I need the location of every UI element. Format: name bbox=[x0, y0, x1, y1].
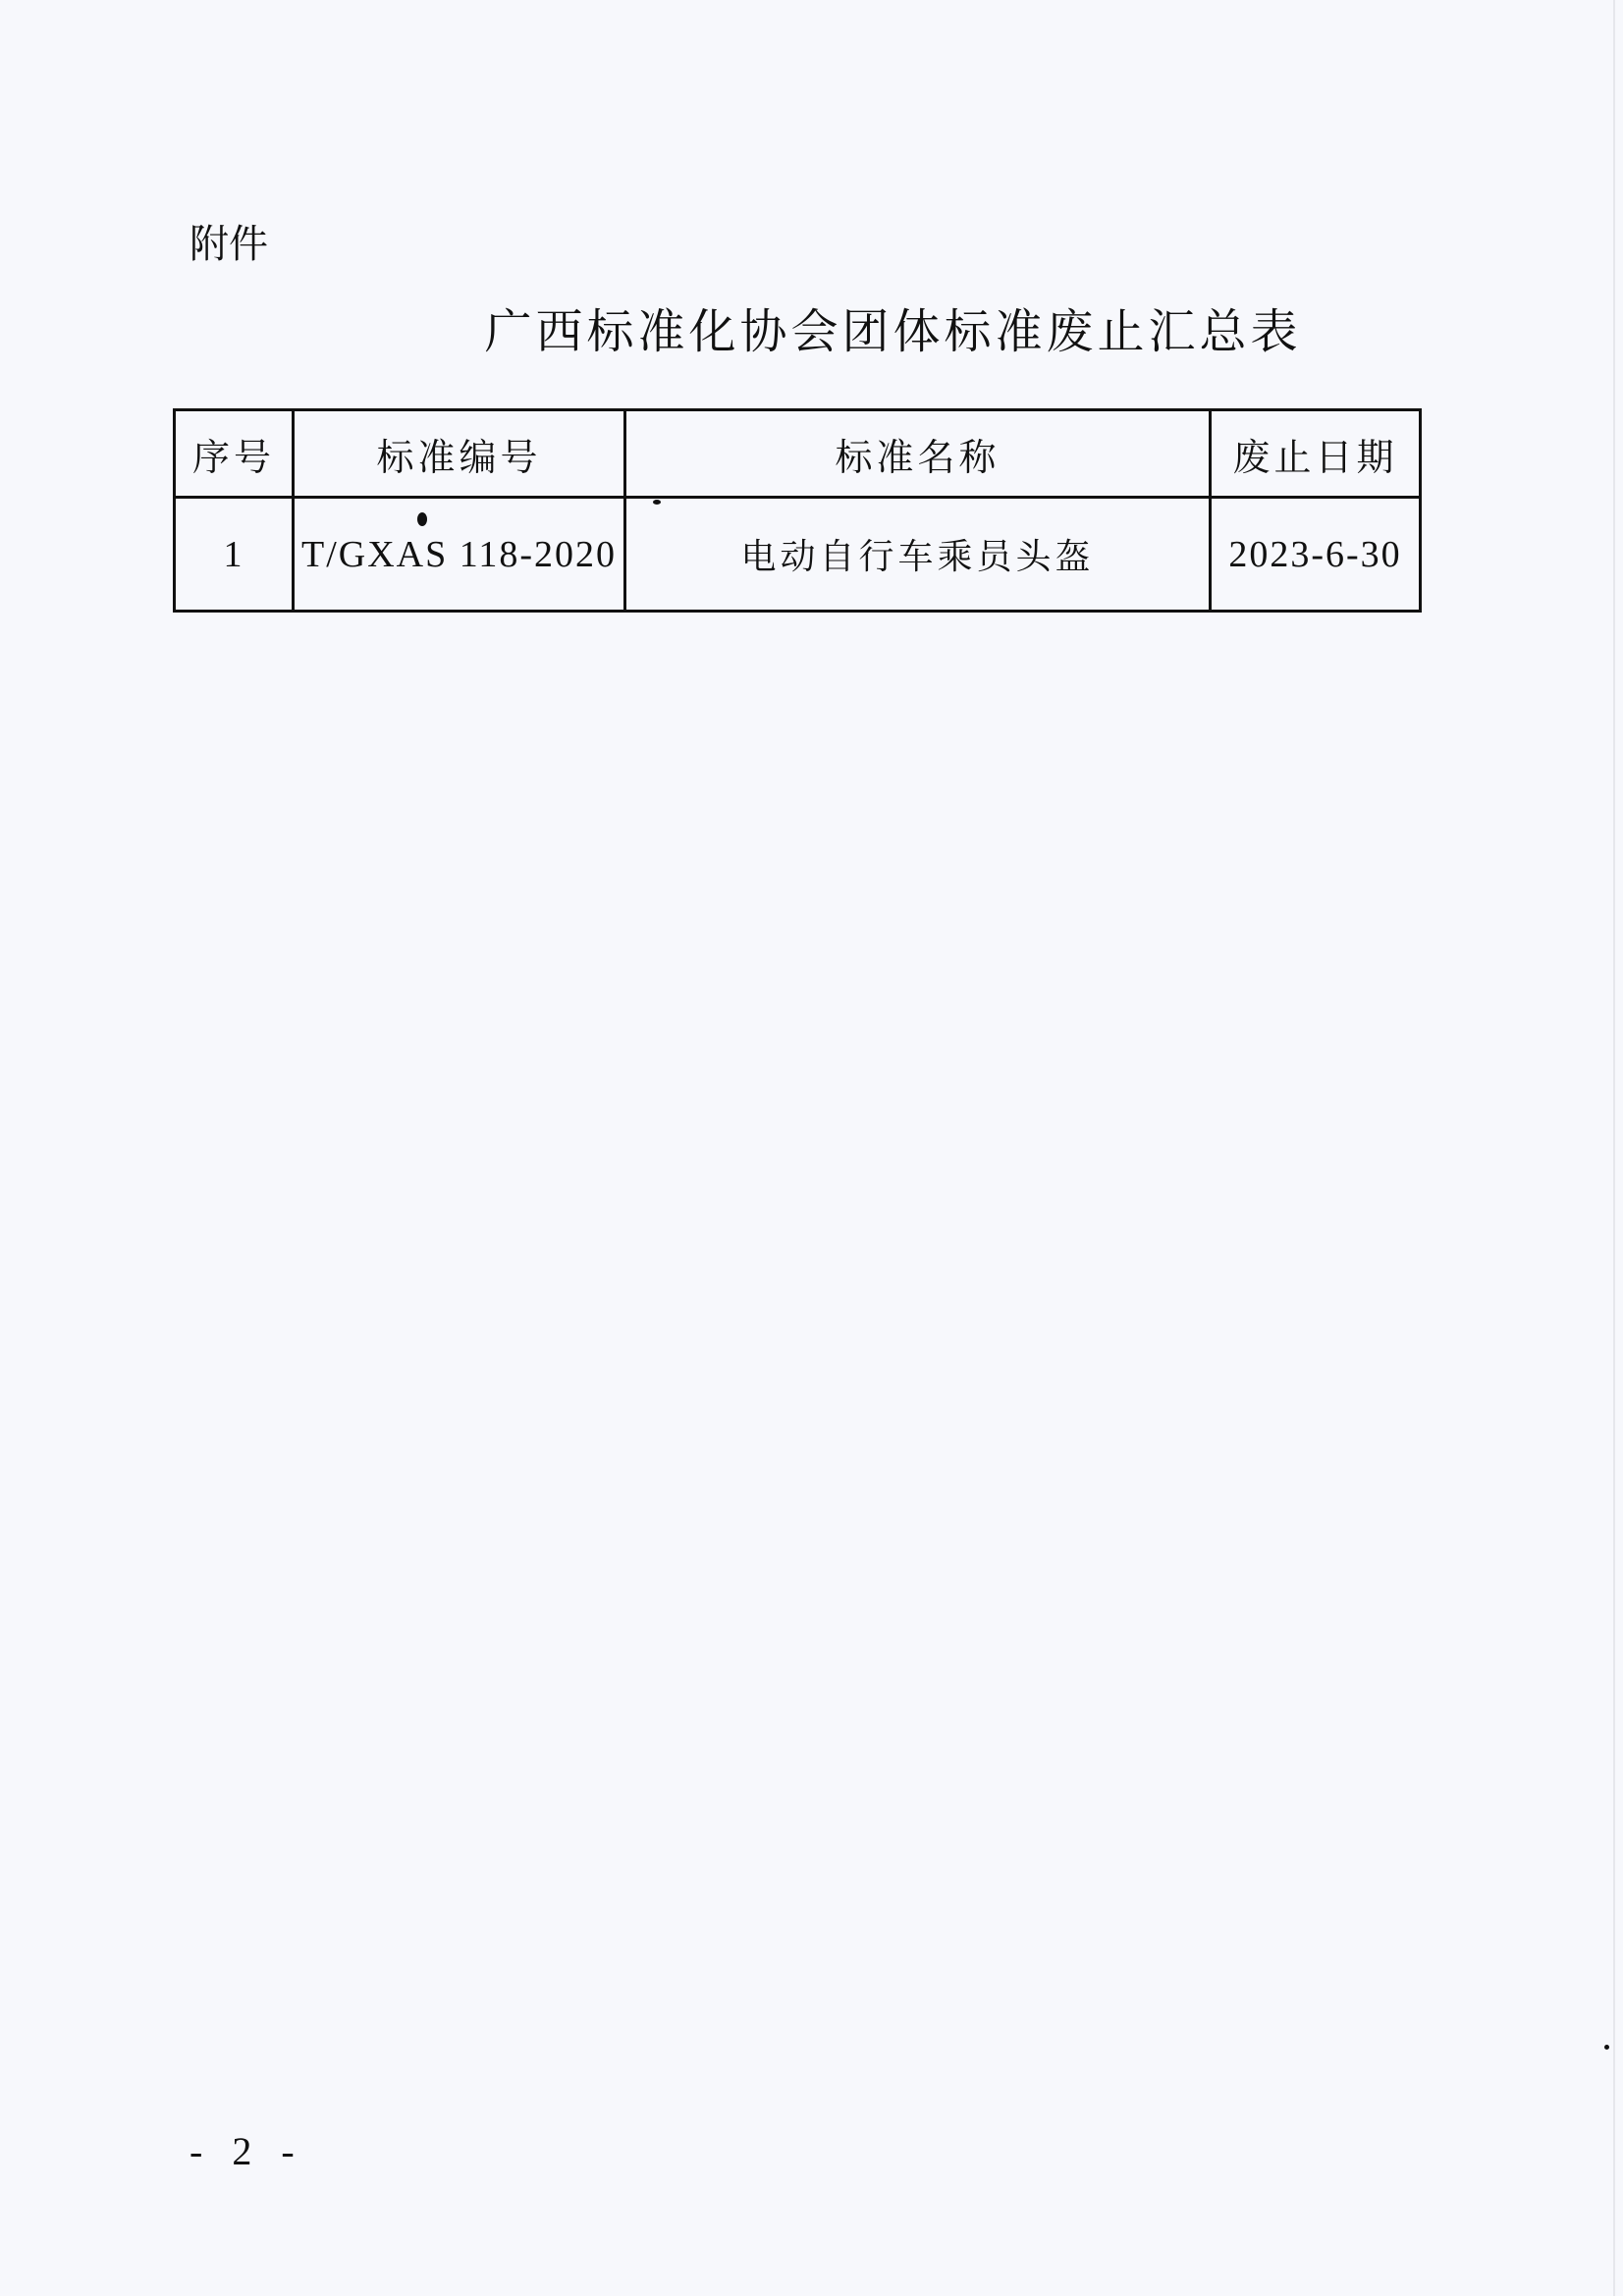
abolished-standards-table: 序号 标准编号 标准名称 废止日期 1 T/GXAS 118-2020 电动自行… bbox=[173, 408, 1422, 613]
cell-abolish-date: 2023-6-30 bbox=[1211, 498, 1421, 612]
cell-standard-name: 电动自行车乘员头盔 bbox=[625, 498, 1211, 612]
header-standard-name: 标准名称 bbox=[625, 410, 1211, 498]
table-header-row: 序号 标准编号 标准名称 废止日期 bbox=[175, 410, 1421, 498]
scan-speck bbox=[653, 500, 661, 505]
cell-index: 1 bbox=[175, 498, 294, 612]
cell-standard-code: T/GXAS 118-2020 bbox=[294, 498, 625, 612]
header-index: 序号 bbox=[175, 410, 294, 498]
document-title: 广西标准化协会团体标准废止汇总表 bbox=[0, 302, 1623, 361]
header-standard-code: 标准编号 bbox=[294, 410, 625, 498]
header-abolish-date: 废止日期 bbox=[1211, 410, 1421, 498]
attachment-label: 附件 bbox=[189, 220, 268, 269]
scan-speck bbox=[1604, 2045, 1609, 2050]
table-row: 1 T/GXAS 118-2020 电动自行车乘员头盔 2023-6-30 bbox=[175, 498, 1421, 612]
page-number: - 2 - bbox=[189, 2128, 304, 2174]
scan-speck bbox=[417, 512, 427, 526]
